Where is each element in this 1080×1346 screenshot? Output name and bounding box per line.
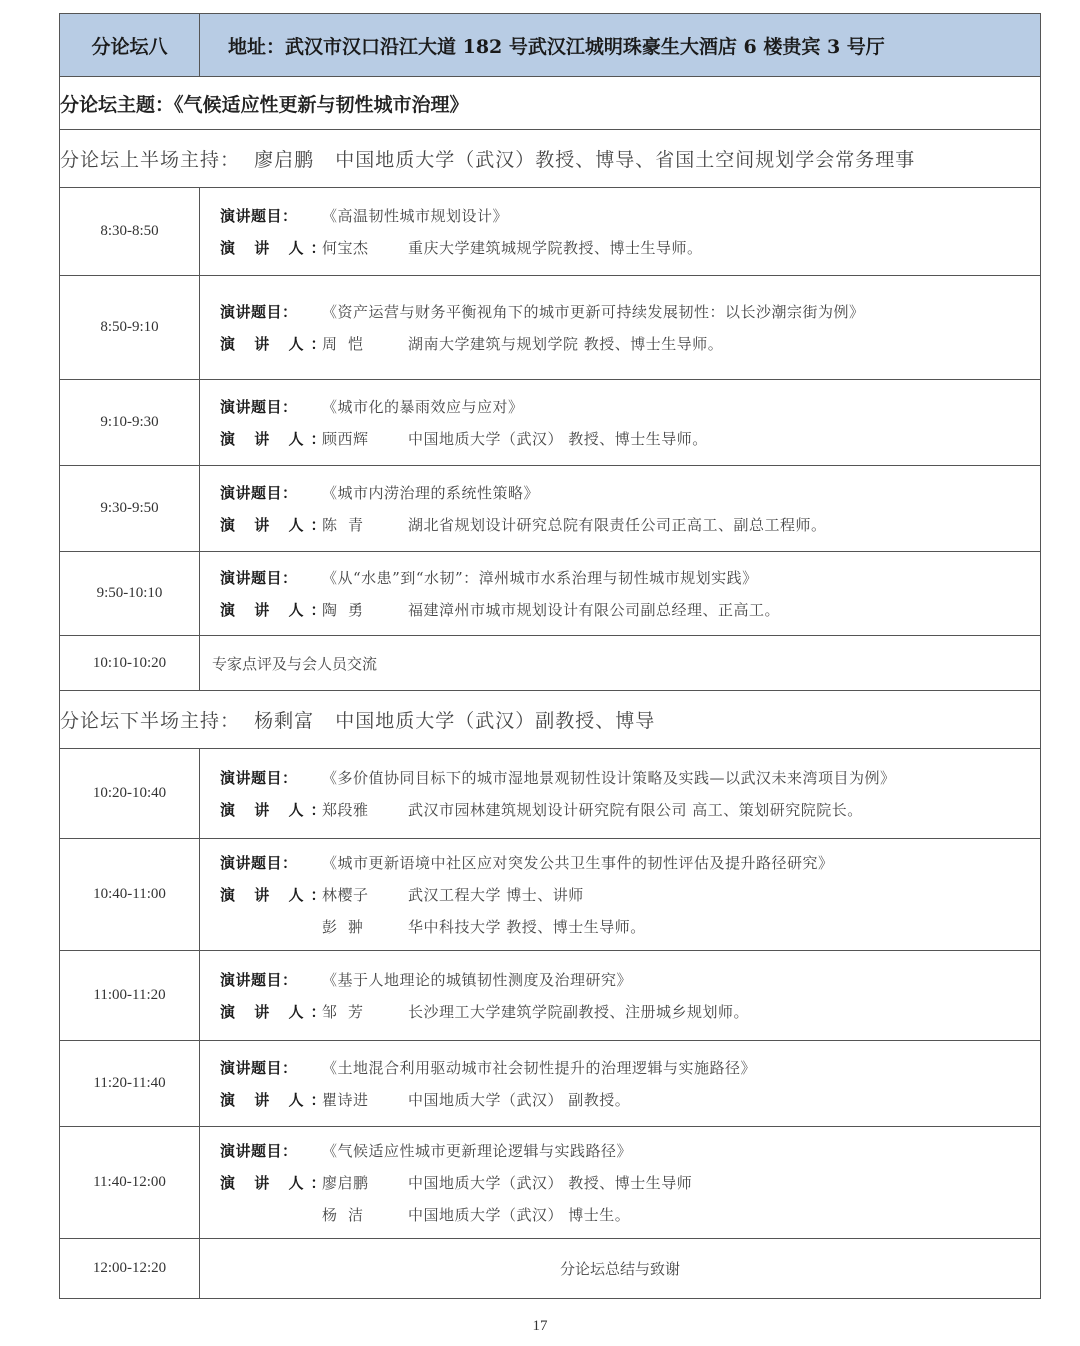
session-row: 11:40-12:00 演讲题目：《气候适应性城市更新理论逻辑与实践路径》 演 … (60, 1127, 1041, 1239)
session-time: 9:10-9:30 (60, 380, 200, 466)
session-time: 9:50-10:10 (60, 552, 200, 636)
session-time: 8:50-9:10 (60, 276, 200, 380)
speaker-affiliation: 中国地质大学（武汉） 教授、博士生导师。 (408, 430, 708, 448)
topic-label: 演讲题目： (220, 391, 322, 423)
session-row: 9:50-10:10 演讲题目：《从“水患”到“水韧”：漳州城市水系治理与韧性城… (60, 552, 1041, 636)
session-row: 11:00-11:20 演讲题目：《基于人地理论的城镇韧性测度及治理研究》 演 … (60, 951, 1041, 1041)
session-time: 11:00-11:20 (60, 951, 200, 1041)
speaker-name: 林樱子 (322, 879, 408, 911)
session-topic: 《城市内涝治理的系统性策略》 (322, 484, 539, 502)
topic-label: 演讲题目： (220, 1052, 322, 1084)
speaker-label: 演 讲 人： (220, 328, 322, 360)
session-topic: 《多价值协同目标下的城市湿地景观韧性设计策略及实践—以武汉未来湾项目为例》 (322, 769, 896, 787)
session-topic: 《高温韧性城市规划设计》 (322, 207, 508, 225)
session-topic: 《城市化的暴雨效应与应对》 (322, 398, 524, 416)
speaker-label: 演 讲 人： (220, 423, 322, 455)
session-row: 10:20-10:40 演讲题目：《多价值协同目标下的城市湿地景观韧性设计策略及… (60, 749, 1041, 839)
speaker-label: 演 讲 人： (220, 996, 322, 1028)
speaker-name: 杨 洁 (322, 1199, 408, 1231)
speaker-affiliation: 湖北省规划设计研究总院有限责任公司正高工、副总工程师。 (408, 516, 827, 534)
discussion-text: 专家点评及与会人员交流 (200, 636, 1041, 691)
topic-label: 演讲题目： (220, 562, 322, 594)
speaker-affiliation: 中国地质大学（武汉） 副教授。 (408, 1091, 630, 1109)
speaker-affiliation: 中国地质大学（武汉） 博士生。 (408, 1206, 630, 1224)
topic-label: 演讲题目： (220, 1135, 322, 1167)
speaker-label: 演 讲 人： (220, 232, 322, 264)
speaker-name: 周 恺 (322, 328, 408, 360)
session-time: 9:30-9:50 (60, 466, 200, 552)
session-topic: 《土地混合利用驱动城市社会韧性提升的治理逻辑与实施路径》 (322, 1059, 756, 1077)
session-row: 9:30-9:50 演讲题目：《城市内涝治理的系统性策略》 演 讲 人：陈 青湖… (60, 466, 1041, 552)
forum-address: 地址：武汉市汉口沿江大道 182 号武汉江城明珠豪生大酒店 6 楼贵宾 3 号厅 (200, 14, 1041, 77)
session-row: 8:50-9:10 演讲题目：《资产运营与财务平衡视角下的城市更新可持续发展韧性… (60, 276, 1041, 380)
session-row: 8:30-8:50 演讲题目：《高温韧性城市规划设计》 演 讲 人：何宝杰重庆大… (60, 188, 1041, 276)
speaker-name: 彭 翀 (322, 911, 408, 943)
topic-label: 演讲题目： (220, 200, 322, 232)
host-first-half: 分论坛上半场主持： 廖启鹏 中国地质大学（武汉）教授、博导、省国土空间规划学会常… (60, 130, 1041, 188)
speaker-affiliation: 华中科技大学 教授、博士生导师。 (408, 918, 646, 936)
speaker-name: 何宝杰 (322, 232, 408, 264)
speaker-affiliation: 重庆大学建筑城规学院教授、博士生导师。 (408, 239, 703, 257)
speaker-affiliation: 武汉市园林建筑规划设计研究院有限公司 高工、策划研究院院长。 (408, 801, 863, 819)
speaker-affiliation: 福建漳州市城市规划设计有限公司副总经理、正高工。 (408, 601, 780, 619)
session-time: 10:40-11:00 (60, 839, 200, 951)
speaker-affiliation: 武汉工程大学 博士、讲师 (408, 886, 584, 904)
agenda-table: 分论坛八 地址：武汉市汉口沿江大道 182 号武汉江城明珠豪生大酒店 6 楼贵宾… (59, 13, 1041, 1299)
speaker-name: 瞿诗进 (322, 1084, 408, 1116)
session-topic: 《城市更新语境中社区应对突发公共卫生事件的韧性评估及提升路径研究》 (322, 854, 834, 872)
topic-label: 演讲题目： (220, 477, 322, 509)
speaker-label: 演 讲 人： (220, 879, 322, 911)
forum-name: 分论坛八 (60, 14, 200, 77)
speaker-name: 廖启鹏 (322, 1167, 408, 1199)
speaker-name: 陶 勇 (322, 594, 408, 626)
topic-label: 演讲题目： (220, 964, 322, 996)
speaker-name: 陈 青 (322, 509, 408, 541)
session-row: 10:40-11:00 演讲题目：《城市更新语境中社区应对突发公共卫生事件的韧性… (60, 839, 1041, 951)
host-row-first-half: 分论坛上半场主持： 廖启鹏 中国地质大学（武汉）教授、博导、省国土空间规划学会常… (60, 130, 1041, 188)
speaker-affiliation: 中国地质大学（武汉） 教授、博士生导师 (408, 1174, 692, 1192)
speaker-label: 演 讲 人： (220, 1167, 322, 1199)
header-row: 分论坛八 地址：武汉市汉口沿江大道 182 号武汉江城明珠豪生大酒店 6 楼贵宾… (60, 14, 1041, 77)
session-time: 8:30-8:50 (60, 188, 200, 276)
forum-theme: 分论坛主题：《气候适应性更新与韧性城市治理》 (60, 77, 1041, 130)
discussion-row: 10:10-10:20 专家点评及与会人员交流 (60, 636, 1041, 691)
speaker-affiliation: 长沙理工大学建筑学院副教授、注册城乡规划师。 (408, 1003, 749, 1021)
session-topic: 《基于人地理论的城镇韧性测度及治理研究》 (322, 971, 632, 989)
session-topic: 《气候适应性城市更新理论逻辑与实践路径》 (322, 1142, 632, 1160)
theme-row: 分论坛主题：《气候适应性更新与韧性城市治理》 (60, 77, 1041, 130)
speaker-name: 顾西辉 (322, 423, 408, 455)
topic-label: 演讲题目： (220, 296, 322, 328)
session-row: 11:20-11:40 演讲题目：《土地混合利用驱动城市社会韧性提升的治理逻辑与… (60, 1041, 1041, 1127)
speaker-label: 演 讲 人： (220, 594, 322, 626)
speaker-label: 演 讲 人： (220, 1084, 322, 1116)
speaker-name: 邹 芳 (322, 996, 408, 1028)
session-row: 9:10-9:30 演讲题目：《城市化的暴雨效应与应对》 演 讲 人：顾西辉中国… (60, 380, 1041, 466)
session-topic: 《从“水患”到“水韧”：漳州城市水系治理与韧性城市规划实践》 (322, 569, 758, 587)
closing-time: 12:00-12:20 (60, 1239, 200, 1299)
session-time: 11:20-11:40 (60, 1041, 200, 1127)
closing-text: 分论坛总结与致谢 (200, 1239, 1041, 1299)
speaker-name: 郑段雅 (322, 794, 408, 826)
session-time: 10:20-10:40 (60, 749, 200, 839)
discussion-time: 10:10-10:20 (60, 636, 200, 691)
host-row-second-half: 分论坛下半场主持： 杨剩富 中国地质大学（武汉）副教授、博导 (60, 691, 1041, 749)
page-number: 17 (0, 1318, 1080, 1335)
speaker-affiliation: 湖南大学建筑与规划学院 教授、博士生导师。 (408, 335, 723, 353)
speaker-label: 演 讲 人： (220, 509, 322, 541)
session-topic: 《资产运营与财务平衡视角下的城市更新可持续发展韧性：以长沙潮宗街为例》 (322, 303, 865, 321)
session-time: 11:40-12:00 (60, 1127, 200, 1239)
closing-row: 12:00-12:20 分论坛总结与致谢 (60, 1239, 1041, 1299)
host-second-half: 分论坛下半场主持： 杨剩富 中国地质大学（武汉）副教授、博导 (60, 691, 1041, 749)
topic-label: 演讲题目： (220, 847, 322, 879)
topic-label: 演讲题目： (220, 762, 322, 794)
speaker-label: 演 讲 人： (220, 794, 322, 826)
